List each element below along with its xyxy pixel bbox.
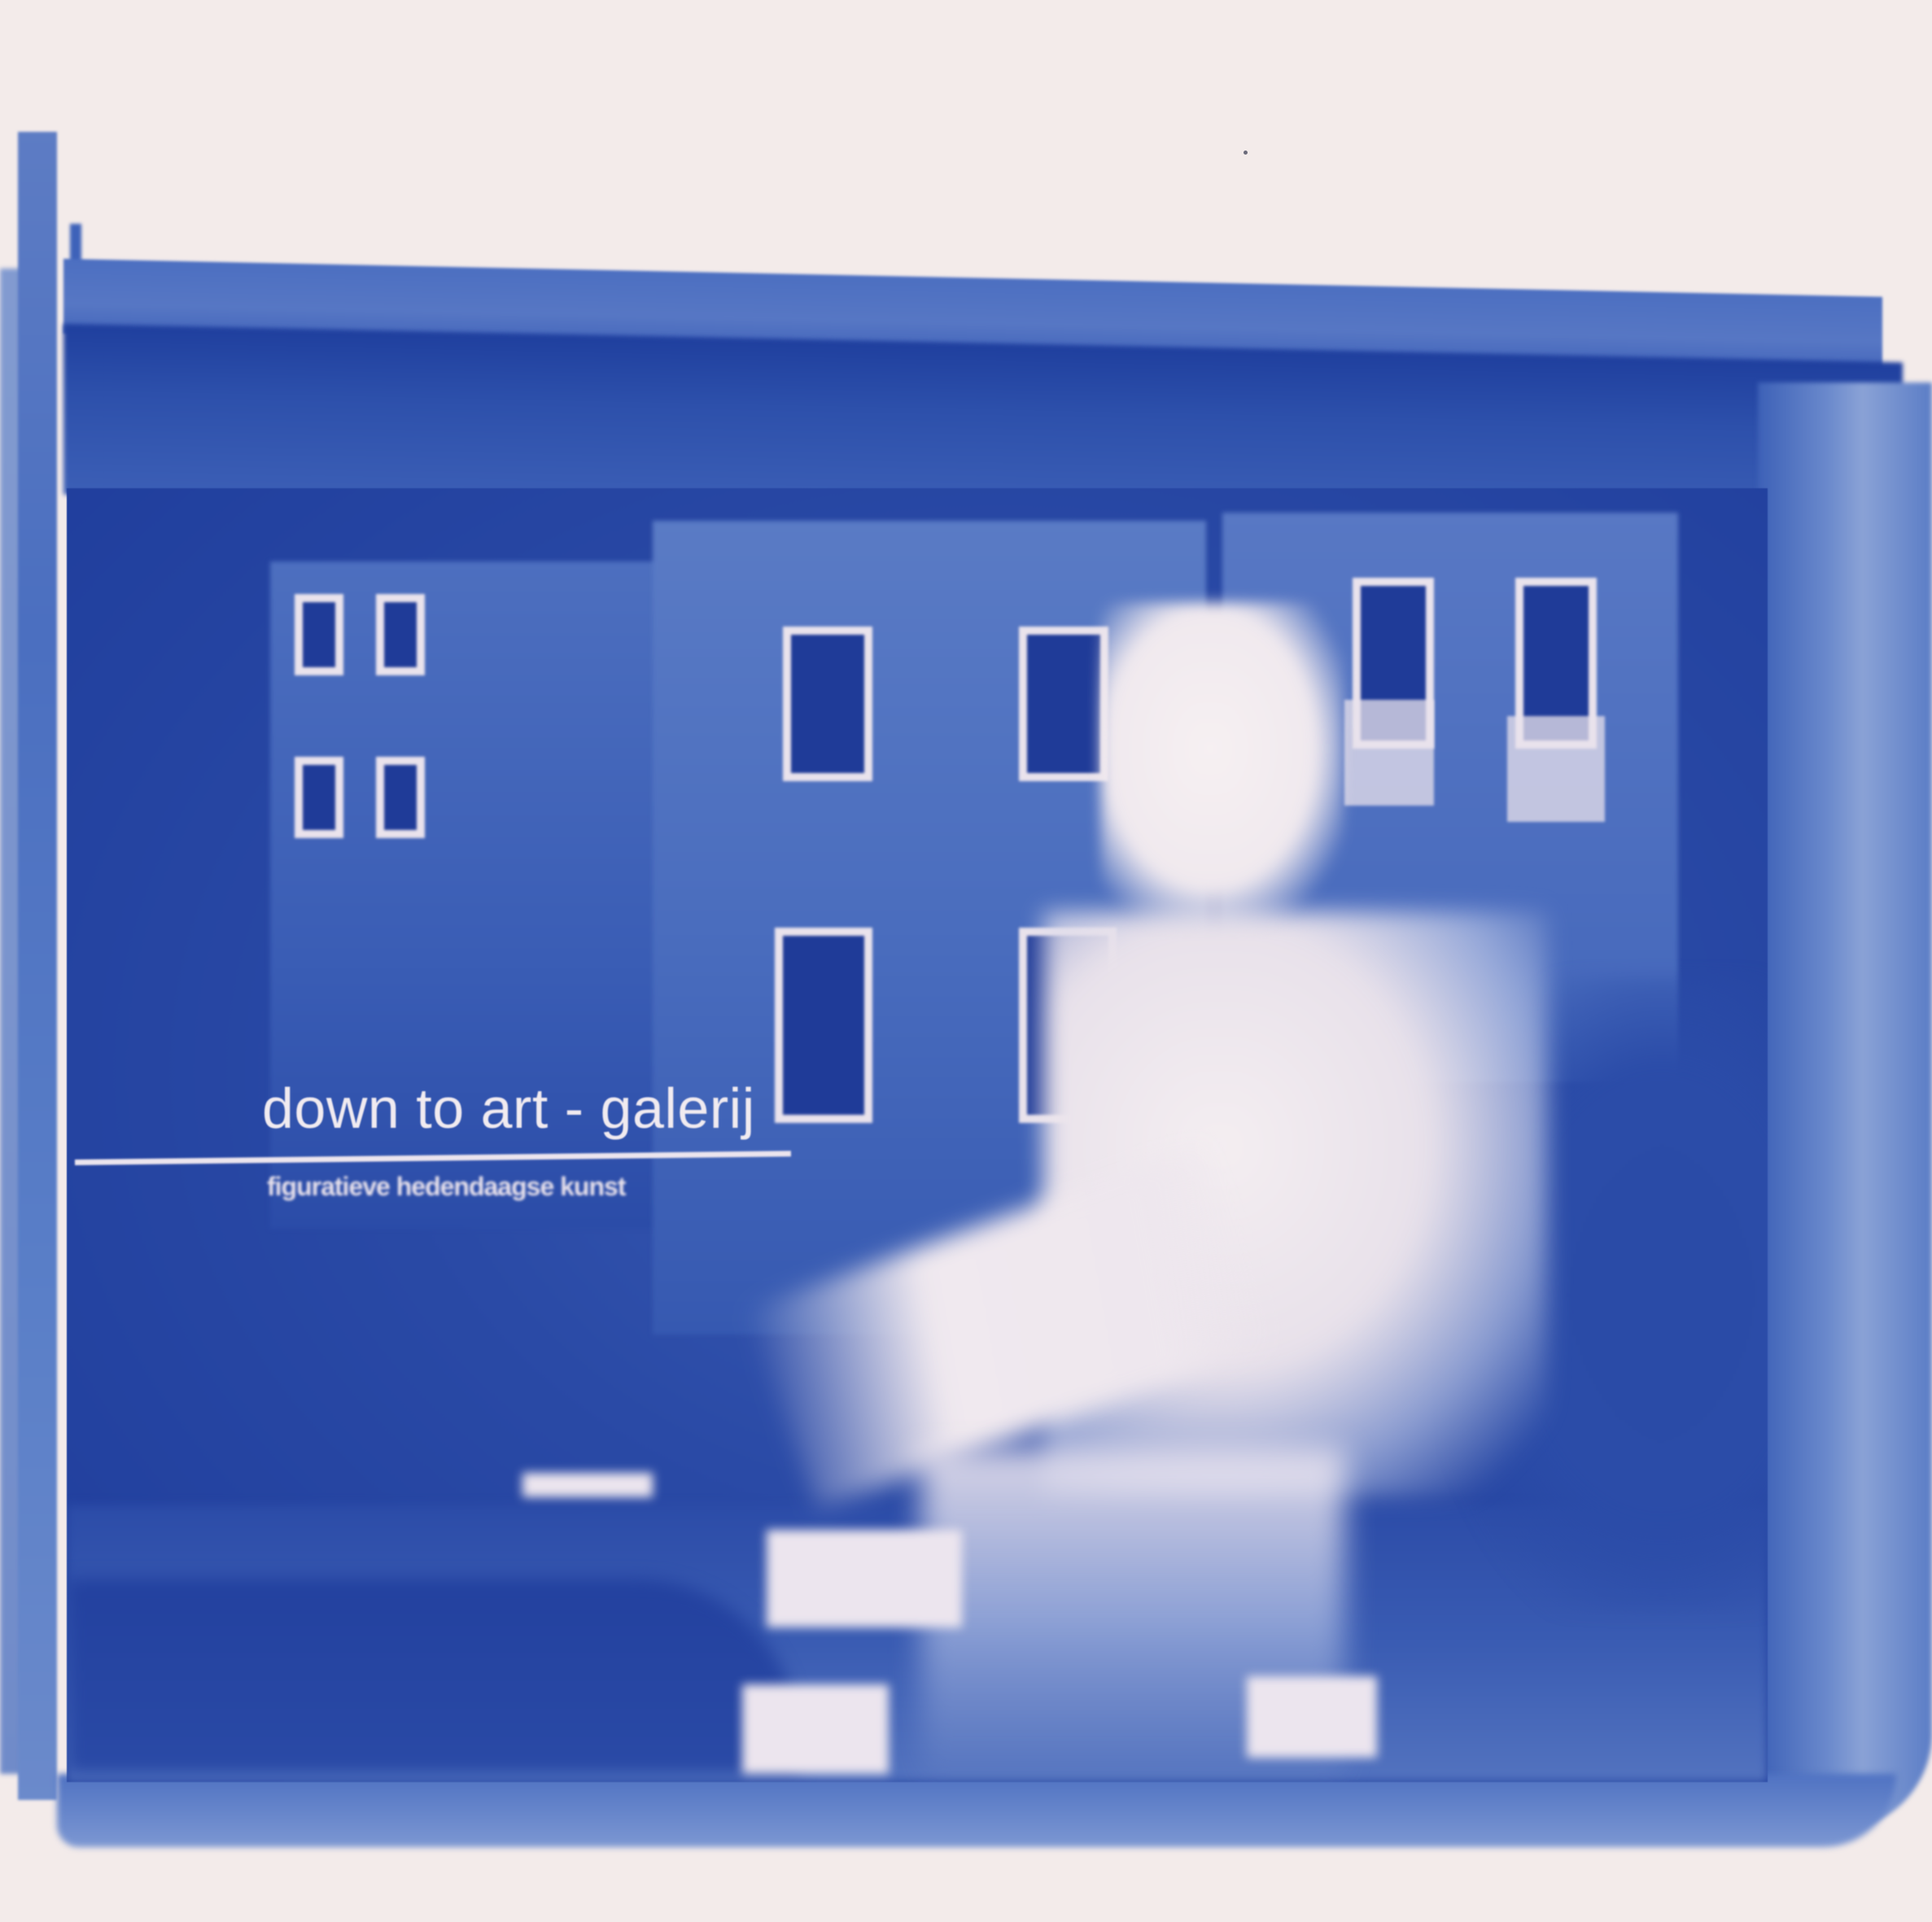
balcony-railing <box>1507 716 1605 822</box>
reflected-window <box>1019 627 1108 781</box>
reflected-window <box>376 594 425 675</box>
light-patch <box>742 1684 889 1774</box>
light-patch <box>767 1530 962 1627</box>
reflected-window <box>376 757 425 838</box>
balcony-railing <box>1344 700 1434 806</box>
reflected-window <box>295 594 343 675</box>
gallery-sign-subtitle: figuratieve hedendaagse kunst <box>267 1172 625 1202</box>
window-frame-bottom <box>57 1774 1896 1847</box>
blurred-figure-head <box>1100 602 1344 928</box>
reflected-window <box>775 928 872 1123</box>
reflected-car <box>67 1579 799 1774</box>
light-patch <box>1247 1676 1377 1758</box>
reflected-window <box>295 757 343 838</box>
left-pillar <box>18 132 57 1800</box>
reflected-window <box>783 627 872 781</box>
window-frame-right <box>1758 382 1932 1831</box>
gallery-sign-title: down to art - galerij <box>262 1076 755 1141</box>
light-patch <box>522 1473 653 1497</box>
dust-speck <box>1244 151 1248 155</box>
